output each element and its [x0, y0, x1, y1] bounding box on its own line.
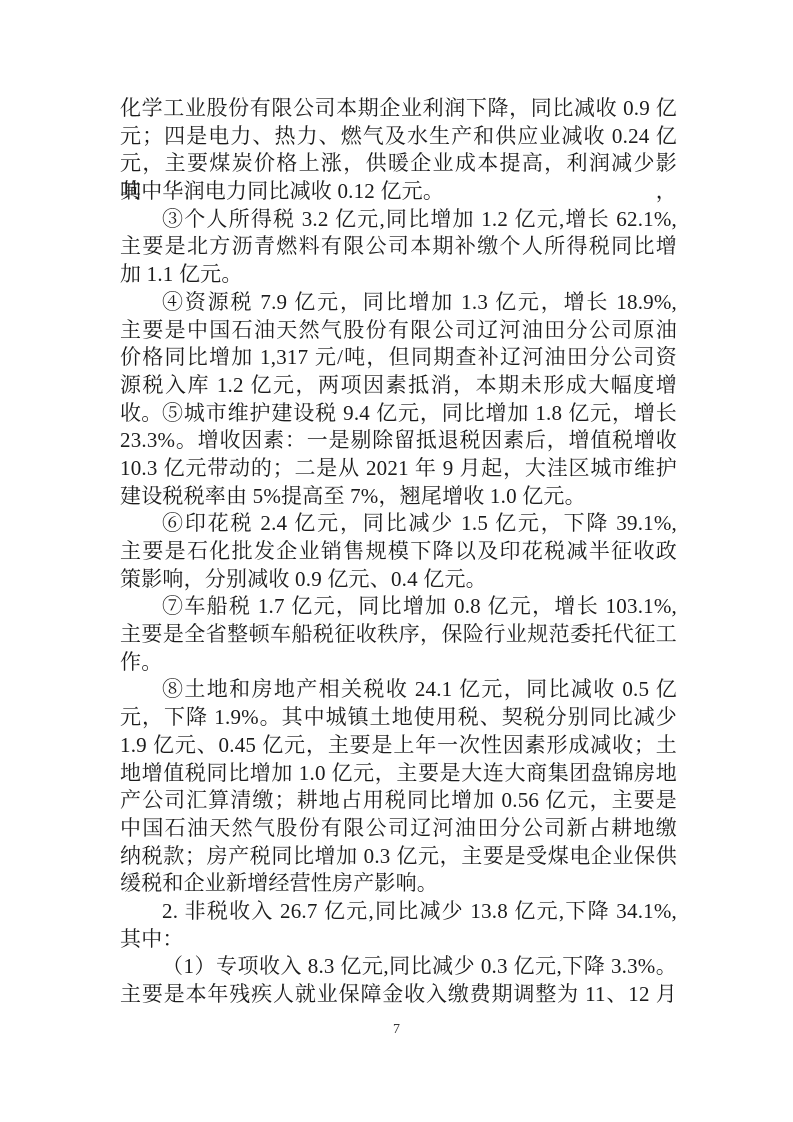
text-line: 加 1.1 亿元。	[120, 261, 677, 289]
text-line: 地增值税同比增加 1.0 亿元，主要是大连大商集团盘锦房地	[120, 760, 677, 788]
text-line: 建设税税率由 5%提高至 7%，翘尾增收 1.0 亿元。	[120, 483, 677, 511]
document-body: 化学工业股份有限公司本期企业利润下降，同比减收 0.9 亿元；四是电力、热力、燃…	[120, 95, 677, 1009]
text-line: ⑧土地和房地产相关税收 24.1 亿元，同比减收 0.5 亿	[120, 676, 677, 704]
text-line: ⑤城市维护建设税 9.4 亿元，同比增加 1.8 亿元，增长	[120, 400, 677, 428]
text-line: 产公司汇算清缴；耕地占用税同比增加 0.56 亿元，主要是	[120, 787, 677, 815]
text-line: 元，下降 1.9%。其中城镇土地使用税、契税分别同比减少	[120, 704, 677, 732]
text-line: 1.9 亿元、0.45 亿元，主要是上年一次性因素形成减收；土	[120, 732, 677, 760]
document-page: 化学工业股份有限公司本期企业利润下降，同比减收 0.9 亿元；四是电力、热力、燃…	[0, 0, 793, 1122]
text-line: ③个人所得税 3.2 亿元,同比增加 1.2 亿元,增长 62.1%,	[120, 206, 677, 234]
text-line: 主要是石化批发企业销售规模下降以及印花税减半征收政	[120, 538, 677, 566]
text-line: ⑦车船税 1.7 亿元，同比增加 0.8 亿元，增长 103.1%,	[120, 593, 677, 621]
text-line: 主要是本年残疾人就业保障金收入缴费期调整为 11、12 月	[120, 981, 677, 1009]
text-line: 源税入库 1.2 亿元，两项因素抵消，本期未形成大幅度增收。	[120, 372, 677, 400]
page-number: 7	[0, 1022, 793, 1038]
text-line: ⑥印花税 2.4 亿元，同比减少 1.5 亿元，下降 39.1%,	[120, 510, 677, 538]
text-line: 2. 非税收入 26.7 亿元,同比减少 13.8 亿元,下降 34.1%,	[120, 898, 677, 926]
text-line: 其中：	[120, 926, 677, 954]
text-line: 缓税和企业新增经营性房产影响。	[120, 870, 677, 898]
text-line: 23.3%。增收因素：一是剔除留抵退税因素后，增值税增收	[120, 427, 677, 455]
text-line: 元；四是电力、热力、燃气及水生产和供应业减收 0.24 亿	[120, 123, 677, 151]
text-line: 价格同比增加 1,317 元/吨，但同期查补辽河油田分公司资	[120, 344, 677, 372]
text-line: 元，主要煤炭价格上涨，供暖企业成本提高，利润减少影响，	[120, 150, 677, 178]
text-line: 主要是全省整顿车船税征收秩序，保险行业规范委托代征工	[120, 621, 677, 649]
text-line: 主要是中国石油天然气股份有限公司辽河油田分公司原油	[120, 317, 677, 345]
text-line: 纳税款；房产税同比增加 0.3 亿元，主要是受煤电企业保供	[120, 843, 677, 871]
text-line: 策影响，分别减收 0.9 亿元、0.4 亿元。	[120, 566, 677, 594]
text-line: ④资源税 7.9 亿元，同比增加 1.3 亿元，增长 18.9%,	[120, 289, 677, 317]
text-line: 主要是北方沥青燃料有限公司本期补缴个人所得税同比增	[120, 233, 677, 261]
text-line: 化学工业股份有限公司本期企业利润下降，同比减收 0.9 亿	[120, 95, 677, 123]
text-line: 10.3 亿元带动的；二是从 2021 年 9 月起，大洼区城市维护	[120, 455, 677, 483]
text-line: 中国石油天然气股份有限公司辽河油田分公司新占耕地缴	[120, 815, 677, 843]
text-line: 作。	[120, 649, 677, 677]
text-line: （1）专项收入 8.3 亿元,同比减少 0.3 亿元,下降 3.3%。	[120, 953, 677, 981]
